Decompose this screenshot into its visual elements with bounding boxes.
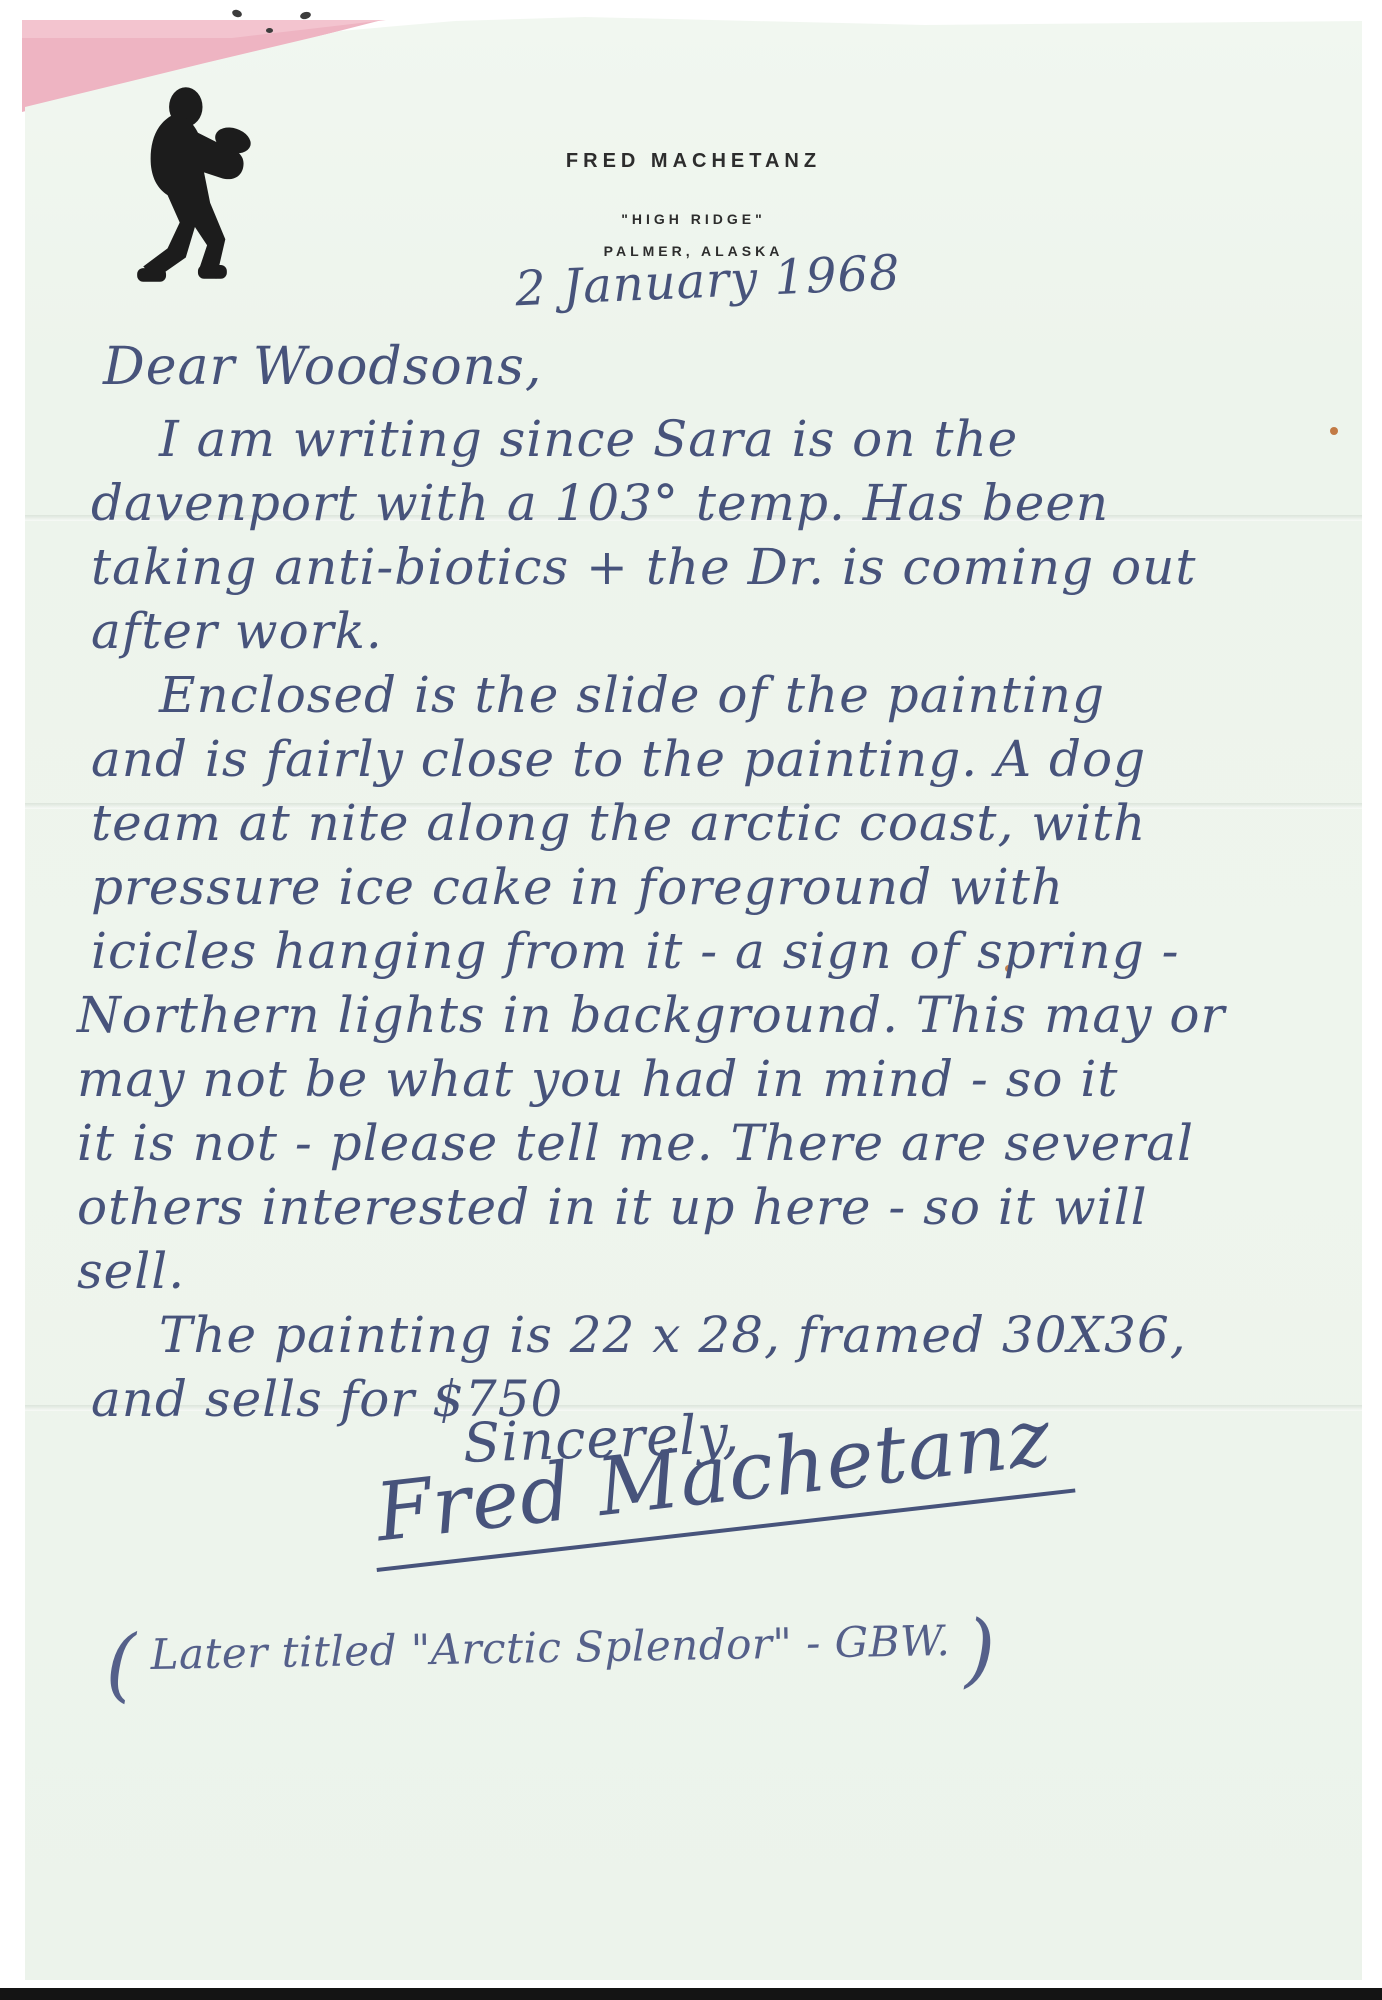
- torn-paper-speck: [231, 9, 243, 19]
- letterhead-name: FRED MACHETANZ: [25, 150, 1362, 173]
- handwritten-line: others interested in it up here - so it …: [77, 1175, 1225, 1239]
- scanned-letter-page: FRED MACHETANZ "HIGH RIDGE" PALMER, ALAS…: [0, 0, 1382, 2000]
- handwritten-line: may not be what you had in mind - so it: [77, 1047, 1225, 1111]
- handwritten-line: sell.: [77, 1239, 1225, 1303]
- handwritten-line: Northern lights in background. This may …: [77, 983, 1225, 1047]
- torn-paper-speck: [266, 28, 273, 33]
- handwritten-line: davenport with a 103° temp. Has been: [91, 471, 1225, 535]
- handwritten-line: team at nite along the arctic coast, wit…: [91, 791, 1225, 855]
- salutation: Dear Woodsons,: [103, 337, 542, 397]
- scan-edge-bar: [0, 1988, 1382, 2000]
- handwritten-line: Enclosed is the slide of the painting: [91, 663, 1225, 727]
- annotation-open-paren: (: [104, 1618, 137, 1712]
- handwritten-line: taking anti-biotics + the Dr. is coming …: [91, 535, 1225, 599]
- annotation-note: ( Later titled "Arctic Splendor" - GBW. …: [105, 1615, 997, 1680]
- handwritten-line: I am writing since Sara is on the: [91, 407, 1225, 471]
- handwritten-line: The painting is 22 x 28, framed 30X36,: [91, 1303, 1225, 1367]
- handwritten-line: pressure ice cake in foreground with: [91, 855, 1225, 919]
- handwritten-line: it is not - please tell me. There are se…: [77, 1111, 1225, 1175]
- letter-body: I am writing since Sara is on the davenp…: [91, 407, 1225, 1431]
- annotation-text: Later titled "Arctic Splendor" - GBW.: [150, 1616, 951, 1679]
- handwritten-line: and is fairly close to the painting. A d…: [91, 727, 1225, 791]
- handwritten-line: after work.: [91, 599, 1225, 663]
- handwritten-line: icicles hanging from it - a sign of spri…: [91, 919, 1225, 983]
- rust-speck: [1330, 427, 1338, 435]
- torn-paper-speck: [299, 11, 311, 21]
- annotation-close-paren: ): [963, 1603, 996, 1697]
- letterhead-residence: "HIGH RIDGE": [25, 211, 1362, 227]
- letter-paper: FRED MACHETANZ "HIGH RIDGE" PALMER, ALAS…: [25, 15, 1362, 1980]
